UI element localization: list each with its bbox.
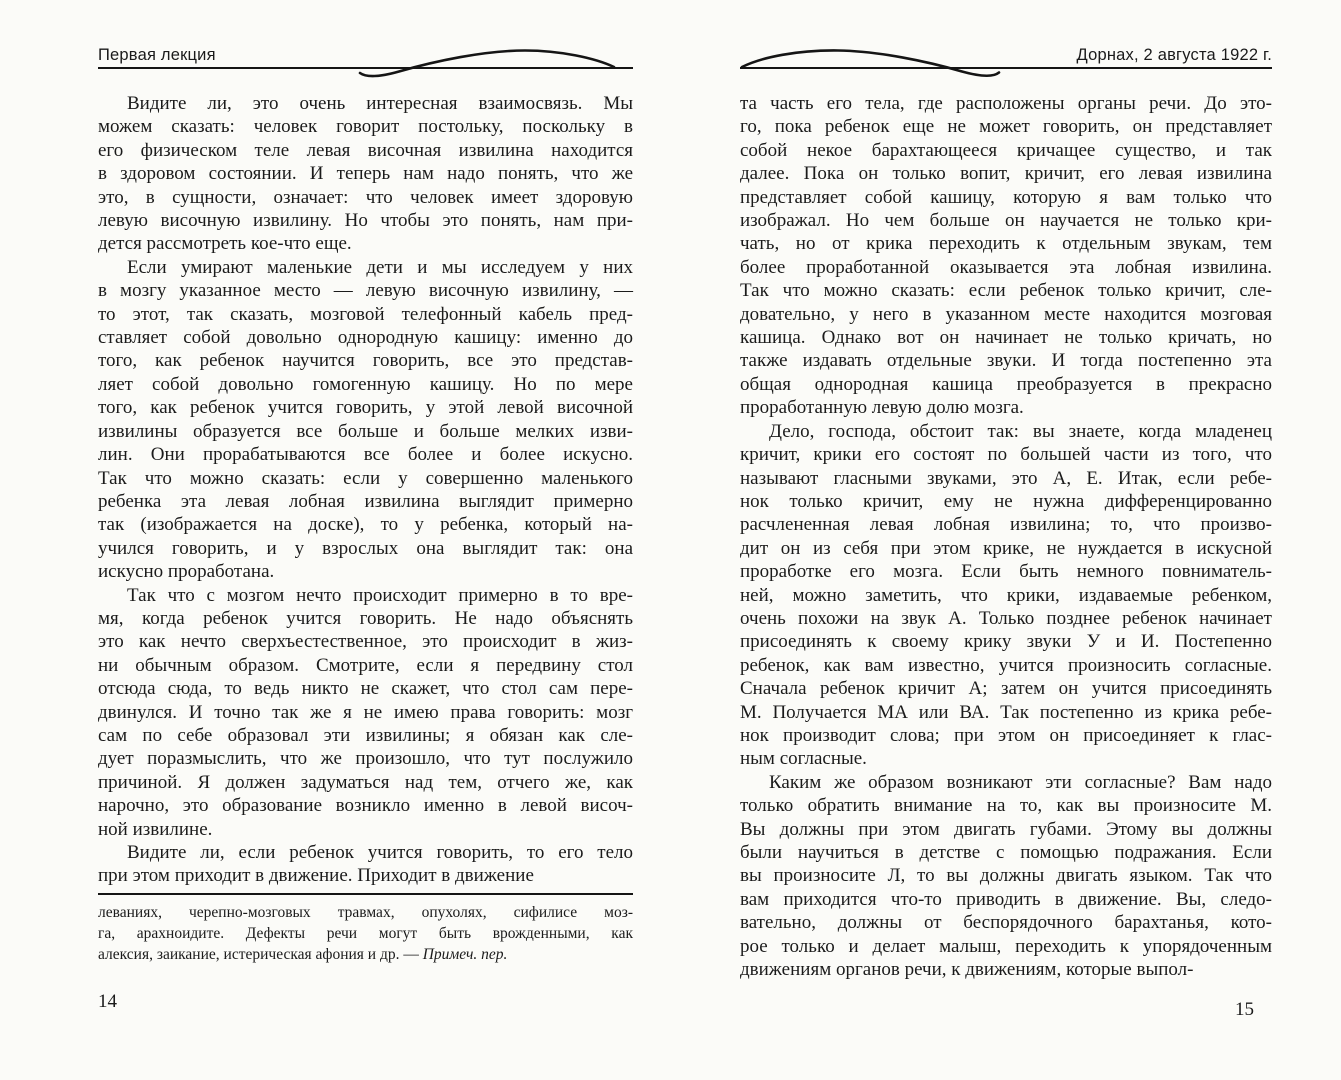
text-line: Видите ли, если ребенок учится говорить,… — [98, 841, 633, 864]
text-line: сам по себе образовал эти извилины; я об… — [98, 724, 633, 747]
text-line: мя, когда ребенок учится говорить. Не на… — [98, 607, 633, 630]
text-line: ной извилине. — [98, 818, 633, 841]
paragraph: Каким же образом возникают эти согласные… — [740, 771, 1272, 982]
page-right: Дорнах, 2 августа 1922 г. та часть его т… — [740, 45, 1272, 1021]
text-line: проработке его мозга. Если быть немного … — [740, 560, 1272, 583]
text-line: лин. Они прорабатываются все более и бол… — [98, 443, 633, 466]
text-line: общая однородная кашица преобразуется в … — [740, 373, 1272, 396]
text-line: ляет собой довольно гомогенную кашицу. Н… — [98, 373, 633, 396]
text-line: учился говорить, и у взрослых она выгляд… — [98, 537, 633, 560]
text-line: М. Получается МА или ВА. Так постепенно … — [740, 701, 1272, 724]
footnote-translator-note: Примеч. пер. — [423, 946, 508, 963]
text-line: Каким же образом возникают эти согласные… — [740, 771, 1272, 794]
paragraph: Дело, господа, обстоит так: вы знаете, к… — [740, 420, 1272, 771]
text-line: дется рассмотреть кое-что еще. — [98, 232, 633, 255]
text-line: кричит, крики его состоят по большей час… — [740, 443, 1272, 466]
text-line: вательно, должны от беспорядочного барах… — [740, 911, 1272, 934]
flourish-swoosh-icon — [736, 45, 1008, 79]
text-line: расчлененная левая лобная извилина; то, … — [740, 513, 1272, 536]
text-line: в мозгу указанное место — левую височную… — [98, 279, 633, 302]
text-line: движениям органов речи, к движениям, кот… — [740, 958, 1272, 981]
book-spread: { "left_page": { "header": "Первая лекци… — [0, 0, 1341, 1080]
text-line: Если умирают маленькие дети и мы исследу… — [98, 256, 633, 279]
text-line: очень похожи на звук А. Только позднее р… — [740, 607, 1272, 630]
running-head-right: Дорнах, 2 августа 1922 г. — [740, 45, 1272, 69]
text-line: в здоровом состоянии. И теперь нам надо … — [98, 162, 633, 185]
paragraph: Видите ли, если ребенок учится говорить,… — [98, 841, 633, 888]
text-line: Так что можно сказать: если ребенок толь… — [740, 279, 1272, 302]
running-head-left: Первая лекция — [98, 45, 633, 69]
text-line: также издавать отдельные звуки. И тогда … — [740, 349, 1272, 372]
text-line: го, пока ребенок еще не может говорить, … — [740, 115, 1272, 138]
text-line: его физическом теле левая височная извил… — [98, 139, 633, 162]
text-line: далее. Пока он только вопит, кричит, его… — [740, 162, 1272, 185]
text-line: нарочно, это образование возникло именно… — [98, 794, 633, 817]
footnote-separator — [98, 893, 633, 895]
text-line: то этот, так сказать, мозговой телефонны… — [98, 303, 633, 326]
text-line: ни обычным образом. Смотрите, если я пер… — [98, 654, 633, 677]
text-line: собой некое барахтающееся кричащее сущес… — [740, 139, 1272, 162]
text-line: та часть его тела, где расположены орган… — [740, 92, 1272, 115]
text-line: это как нечто сверхъестественное, это пр… — [98, 630, 633, 653]
text-line: Дело, господа, обстоит так: вы знаете, к… — [740, 420, 1272, 443]
text-line: называют гласными звуками, это А, Е. Ита… — [740, 467, 1272, 490]
text-line: того, как ребенок научится говорить, все… — [98, 349, 633, 372]
text-line: Так что можно сказать: если у совершенно… — [98, 467, 633, 490]
text-line: при этом приходит в движение. Приходит в… — [98, 864, 633, 887]
text-line: отсюда сюда, то ведь никто не скажет, чт… — [98, 677, 633, 700]
text-line: так (изображается на доске), то у ребенк… — [98, 513, 633, 536]
text-line: проработанную левую долю мозга. — [740, 396, 1272, 419]
text-line: вы произносите Л, то вы должны двигать я… — [740, 864, 1272, 887]
text-line: Видите ли, это очень интересная взаимосв… — [98, 92, 633, 115]
text-line: более проработанной оказывается эта лобн… — [740, 256, 1272, 279]
text-line: Сначала ребенок кричит А; затем он учитс… — [740, 677, 1272, 700]
paragraph: Так что с мозгом нечто происходит пример… — [98, 584, 633, 841]
text-line: представляет собой кашицу, которую я вам… — [740, 186, 1272, 209]
text-line: нок только кричит, ему не нужна дифферен… — [740, 490, 1272, 513]
text-line: ставляет собой довольно однородную кашиц… — [98, 326, 633, 349]
text-line: ребенка эта левая лобная извилина выгляд… — [98, 490, 633, 513]
text-line: леваниях, черепно-мозговых травмах, опух… — [98, 902, 633, 923]
paragraph: Видите ли, это очень интересная взаимосв… — [98, 92, 633, 256]
text-line: нок производит слова; при этом он присое… — [740, 724, 1272, 747]
text-line: довательно, у него в указанном месте нах… — [740, 303, 1272, 326]
text-line: причиной. Я должен задуматься над тем, о… — [98, 771, 633, 794]
page-body-text: та часть его тела, где расположены орган… — [740, 92, 1272, 981]
text-line: того, как ребенок учится говорить, у это… — [98, 396, 633, 419]
text-line: Так что с мозгом нечто происходит пример… — [98, 584, 633, 607]
text-line: рое только и делает малыш, переходить к … — [740, 935, 1272, 958]
running-head-title: Дорнах, 2 августа 1922 г. — [1077, 46, 1272, 64]
text-line: были научиться в детстве с помощью подра… — [740, 841, 1272, 864]
text-line: это, в сущности, означает: что человек и… — [98, 186, 633, 209]
text-line: только обратить внимание на то, как вы п… — [740, 794, 1272, 817]
page-number: 14 — [98, 991, 633, 1013]
text-line: левую височную извилину. Но чтобы это по… — [98, 209, 633, 232]
text-line: ней, можно заметить, что крики, издаваем… — [740, 584, 1272, 607]
text-line: можем сказать: человек говорит постольку… — [98, 115, 633, 138]
text-line: искусно проработана. — [98, 560, 633, 583]
text-line: ным согласные. — [740, 747, 1272, 770]
paragraph: Если умирают маленькие дети и мы исследу… — [98, 256, 633, 584]
text-line: извилины образуется все больше и больше … — [98, 420, 633, 443]
text-line: дует поразмыслить, что же произошло, что… — [98, 747, 633, 770]
text-line: двинулся. И точно так же я не имею права… — [98, 701, 633, 724]
text-line: кашица. Однако вот он начинает не только… — [740, 326, 1272, 349]
text-line: чать, но от крика переходить к отдельным… — [740, 232, 1272, 255]
text-line: вам приходится что-то приводить в движен… — [740, 888, 1272, 911]
text-line: алексия, заикание, истерическая афония и… — [98, 944, 633, 965]
text-line: га, арахноидите. Дефекты речи могут быть… — [98, 923, 633, 944]
text-line: ребенок, как вам известно, учится произн… — [740, 654, 1272, 677]
footnote-text: алексия, заикание, истерическая афония и… — [98, 946, 423, 963]
text-line: изображал. Но чем больше он научается не… — [740, 209, 1272, 232]
paragraph: та часть его тела, где расположены орган… — [740, 92, 1272, 420]
flourish-swoosh-icon — [353, 45, 625, 79]
page-number: 15 — [740, 999, 1272, 1021]
footnote: леваниях, черепно-мозговых травмах, опух… — [98, 902, 633, 965]
page-left: Первая лекция Видите ли, это очень интер… — [98, 45, 633, 1013]
text-line: присоединять к своему крику звуки У и И.… — [740, 630, 1272, 653]
text-line: дит он из себя при этом крике, не нуждае… — [740, 537, 1272, 560]
page-body-text: Видите ли, это очень интересная взаимосв… — [98, 92, 633, 888]
running-head-title: Первая лекция — [98, 46, 216, 64]
text-line: Вы должны при этом двигать губами. Этому… — [740, 818, 1272, 841]
